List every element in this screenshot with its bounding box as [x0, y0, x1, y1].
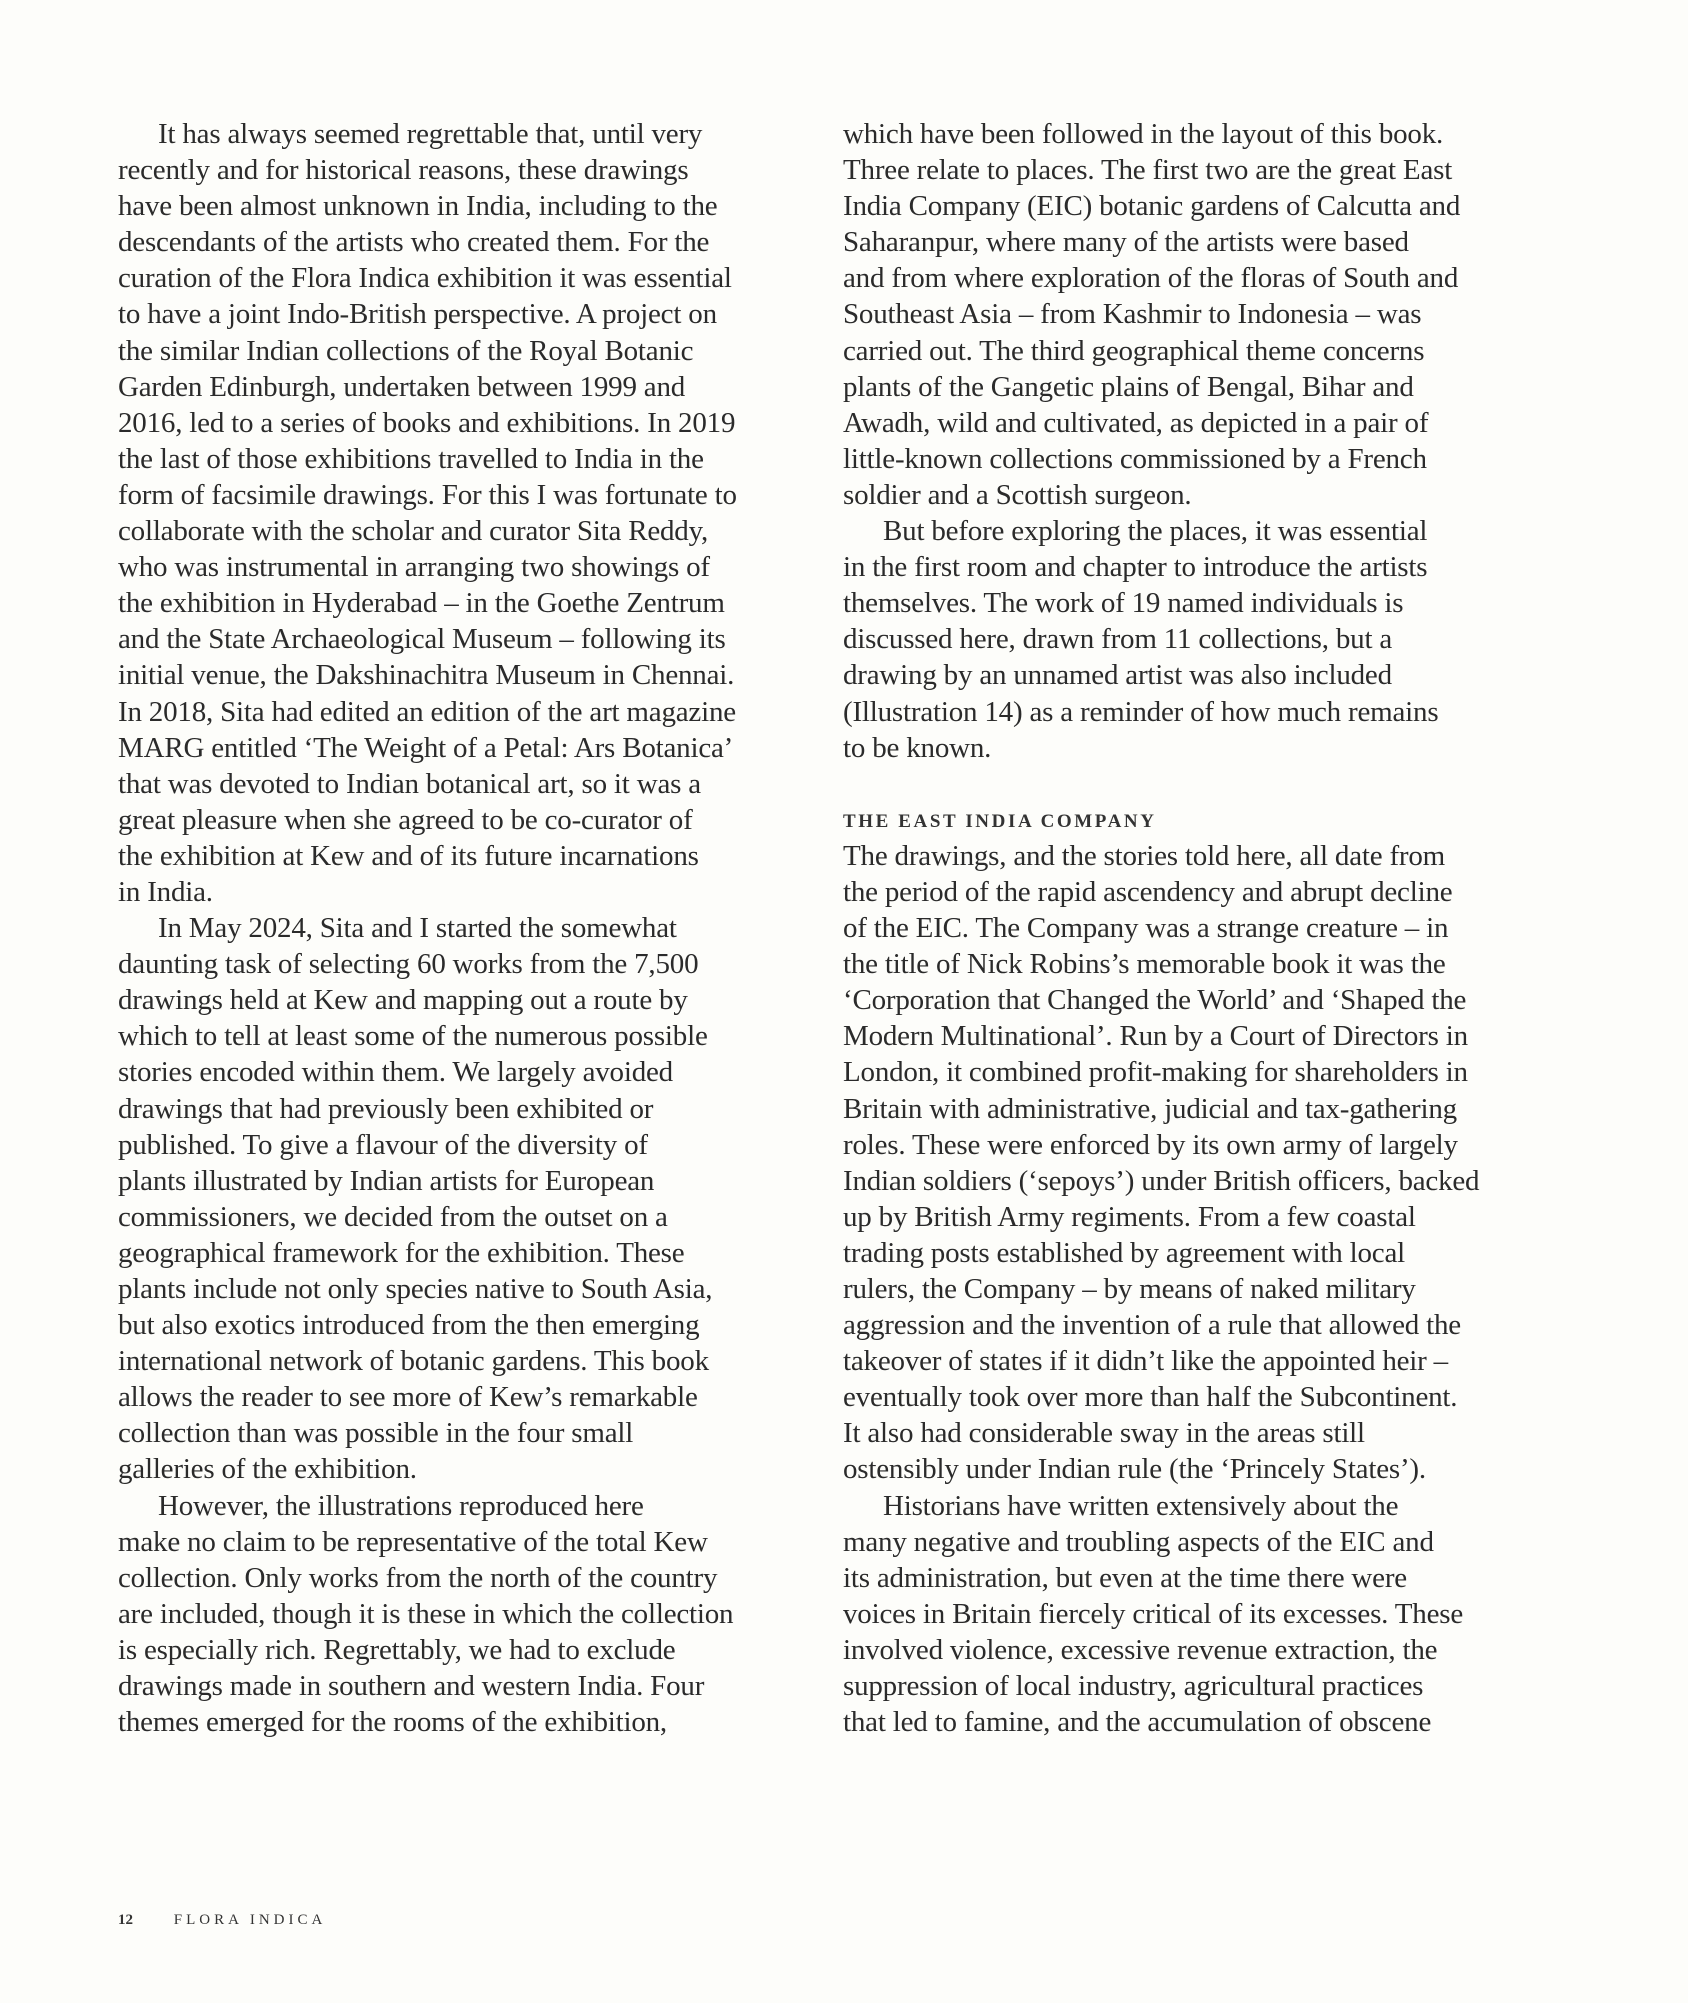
text-line: have been almost unknown in India, inclu… — [118, 188, 818, 224]
paragraph-first-line: But before exploring the places, it was … — [843, 513, 1543, 549]
text-line: The drawings, and the stories told here,… — [843, 838, 1543, 874]
text-line: plants of the Gangetic plains of Bengal,… — [843, 369, 1543, 405]
text-line: Awadh, wild and cultivated, as depicted … — [843, 405, 1543, 441]
text-line: which to tell at least some of the numer… — [118, 1018, 818, 1054]
text-line: make no claim to be representative of th… — [118, 1524, 818, 1560]
text-line: collection than was possible in the four… — [118, 1415, 818, 1451]
text-line: published. To give a flavour of the dive… — [118, 1127, 818, 1163]
page-number: 12 — [118, 1912, 170, 1929]
text-line: trading posts established by agreement w… — [843, 1235, 1543, 1271]
text-line: descendants of the artists who created t… — [118, 224, 818, 260]
text-line: form of facsimile drawings. For this I w… — [118, 477, 818, 513]
text-line: India Company (EIC) botanic gardens of C… — [843, 188, 1543, 224]
text-line: international network of botanic gardens… — [118, 1343, 818, 1379]
text-line: in India. — [118, 874, 818, 910]
text-line: suppression of local industry, agricultu… — [843, 1668, 1543, 1704]
text-line: aggression and the invention of a rule t… — [843, 1307, 1543, 1343]
text-line: the period of the rapid ascendency and a… — [843, 874, 1543, 910]
text-line: and the State Archaeological Museum – fo… — [118, 621, 818, 657]
text-line: is especially rich. Regrettably, we had … — [118, 1632, 818, 1668]
text-line: the last of those exhibitions travelled … — [118, 441, 818, 477]
paragraph-spacer — [843, 766, 1543, 802]
text-line: London, it combined profit-making for sh… — [843, 1054, 1543, 1090]
text-line: little-known collections commissioned by… — [843, 441, 1543, 477]
text-line: collection. Only works from the north of… — [118, 1560, 818, 1596]
text-line: geographical framework for the exhibitio… — [118, 1235, 818, 1271]
text-line: and from where exploration of the floras… — [843, 260, 1543, 296]
text-line: recently and for historical reasons, the… — [118, 152, 818, 188]
text-line: to have a joint Indo-British perspective… — [118, 296, 818, 332]
text-line: great pleasure when she agreed to be co-… — [118, 802, 818, 838]
text-line: themes emerged for the rooms of the exhi… — [118, 1704, 818, 1740]
text-line: eventually took over more than half the … — [843, 1379, 1543, 1415]
text-line: initial venue, the Dakshinachitra Museum… — [118, 657, 818, 693]
text-line: Modern Multinational’. Run by a Court of… — [843, 1018, 1543, 1054]
text-line: plants include not only species native t… — [118, 1271, 818, 1307]
text-line: that led to famine, and the accumulation… — [843, 1704, 1543, 1740]
text-line: collaborate with the scholar and curator… — [118, 513, 818, 549]
text-line: voices in Britain fiercely critical of i… — [843, 1596, 1543, 1632]
text-line: many negative and troubling aspects of t… — [843, 1524, 1543, 1560]
section-heading: The East India Company — [843, 802, 1543, 838]
text-line: Southeast Asia – from Kashmir to Indones… — [843, 296, 1543, 332]
right-column: which have been followed in the layout o… — [843, 116, 1543, 1740]
text-line: Garden Edinburgh, undertaken between 199… — [118, 369, 818, 405]
text-line: drawings that had previously been exhibi… — [118, 1091, 818, 1127]
text-line: but also exotics introduced from the the… — [118, 1307, 818, 1343]
text-line: plants illustrated by Indian artists for… — [118, 1163, 818, 1199]
text-line: Saharanpur, where many of the artists we… — [843, 224, 1543, 260]
text-line: up by British Army regiments. From a few… — [843, 1199, 1543, 1235]
left-column: It has always seemed regrettable that, u… — [118, 116, 818, 1740]
text-line: rulers, the Company – by means of naked … — [843, 1271, 1543, 1307]
text-line: the exhibition in Hyderabad – in the Goe… — [118, 585, 818, 621]
text-line: 2016, led to a series of books and exhib… — [118, 405, 818, 441]
text-line: (Illustration 14) as a reminder of how m… — [843, 694, 1543, 730]
text-line: ‘Corporation that Changed the World’ and… — [843, 982, 1543, 1018]
text-line: Britain with administrative, judicial an… — [843, 1091, 1543, 1127]
paragraph-first-line: In May 2024, Sita and I started the some… — [118, 910, 818, 946]
text-line: ostensibly under Indian rule (the ‘Princ… — [843, 1451, 1543, 1487]
text-line: the similar Indian collections of the Ro… — [118, 333, 818, 369]
text-line: Indian soldiers (‘sepoys’) under British… — [843, 1163, 1543, 1199]
paragraph-first-line: Historians have written extensively abou… — [843, 1488, 1543, 1524]
text-line: drawings made in southern and western In… — [118, 1668, 818, 1704]
paragraph-first-line: It has always seemed regrettable that, u… — [118, 116, 818, 152]
paragraph-first-line: However, the illustrations reproduced he… — [118, 1488, 818, 1524]
text-line: the title of Nick Robins’s memorable boo… — [843, 946, 1543, 982]
text-line: soldier and a Scottish surgeon. — [843, 477, 1543, 513]
text-line: It also had considerable sway in the are… — [843, 1415, 1543, 1451]
text-line: takeover of states if it didn’t like the… — [843, 1343, 1543, 1379]
text-line: MARG entitled ‘The Weight of a Petal: Ar… — [118, 730, 818, 766]
text-line: that was devoted to Indian botanical art… — [118, 766, 818, 802]
text-line: in the first room and chapter to introdu… — [843, 549, 1543, 585]
text-line: involved violence, excessive revenue ext… — [843, 1632, 1543, 1668]
page-footer: 12 FLORA INDICA — [118, 1912, 326, 1929]
text-line: allows the reader to see more of Kew’s r… — [118, 1379, 818, 1415]
text-line: who was instrumental in arranging two sh… — [118, 549, 818, 585]
text-line: drawings held at Kew and mapping out a r… — [118, 982, 818, 1018]
text-line: In 2018, Sita had edited an edition of t… — [118, 694, 818, 730]
text-line: are included, though it is these in whic… — [118, 1596, 818, 1632]
text-line: roles. These were enforced by its own ar… — [843, 1127, 1543, 1163]
text-line: the exhibition at Kew and of its future … — [118, 838, 818, 874]
text-line: its administration, but even at the time… — [843, 1560, 1543, 1596]
running-head: FLORA INDICA — [174, 1912, 327, 1928]
text-line: which have been followed in the layout o… — [843, 116, 1543, 152]
text-line: Three relate to places. The first two ar… — [843, 152, 1543, 188]
text-line: carried out. The third geographical them… — [843, 333, 1543, 369]
text-line: galleries of the exhibition. — [118, 1451, 818, 1487]
text-line: discussed here, drawn from 11 collection… — [843, 621, 1543, 657]
text-line: curation of the Flora Indica exhibition … — [118, 260, 818, 296]
text-line: daunting task of selecting 60 works from… — [118, 946, 818, 982]
text-line: drawing by an unnamed artist was also in… — [843, 657, 1543, 693]
text-line: of the EIC. The Company was a strange cr… — [843, 910, 1543, 946]
text-line: themselves. The work of 19 named individ… — [843, 585, 1543, 621]
text-line: commissioners, we decided from the outse… — [118, 1199, 818, 1235]
text-line: stories encoded within them. We largely … — [118, 1054, 818, 1090]
text-line: to be known. — [843, 730, 1543, 766]
